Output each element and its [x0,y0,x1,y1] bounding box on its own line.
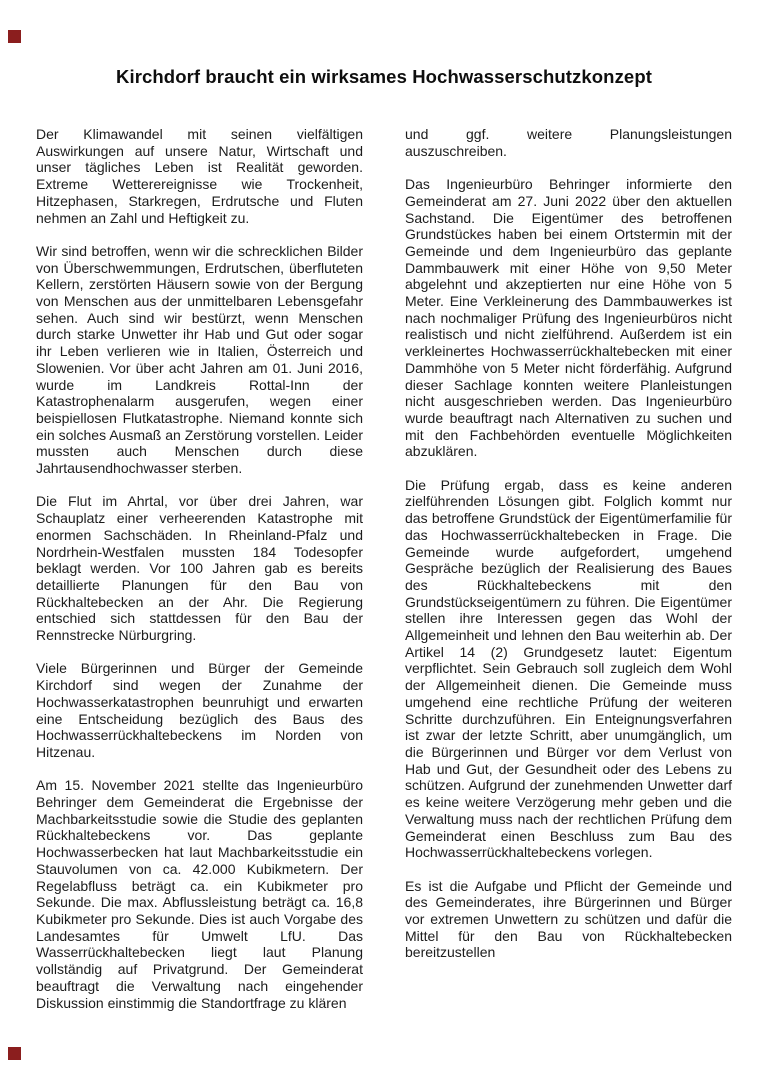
article-column-right: und ggf. weitere Planungsleistungen ausz… [405,126,732,1011]
article-paragraph: Wir sind betroffen, wenn wir die schreck… [36,243,363,477]
article-paragraph: Viele Bürgerinnen und Bürger der Gemeind… [36,660,363,760]
article-body: Der Klimawandel mit seinen vielfältigen … [36,126,732,1011]
corner-marker-bottom-left-icon [8,1047,21,1060]
article-paragraph: Das Ingenieurbüro Behringer informierte … [405,176,732,460]
article-column-left: Der Klimawandel mit seinen vielfältigen … [36,126,363,1011]
article-paragraph: Es ist die Aufgabe und Pflicht der Gemei… [405,878,732,962]
corner-marker-top-left-icon [8,30,21,43]
article-title: Kirchdorf braucht ein wirksames Hochwass… [0,66,768,88]
article-paragraph: Die Flut im Ahrtal, vor über drei Jahren… [36,493,363,643]
document-page: Kirchdorf braucht ein wirksames Hochwass… [0,0,768,1087]
article-paragraph: und ggf. weitere Planungsleistungen ausz… [405,126,732,159]
article-paragraph: Die Prüfung ergab, dass es keine anderen… [405,477,732,861]
article-paragraph: Am 15. November 2021 stellte das Ingenie… [36,777,363,1011]
article-paragraph: Der Klimawandel mit seinen vielfältigen … [36,126,363,226]
